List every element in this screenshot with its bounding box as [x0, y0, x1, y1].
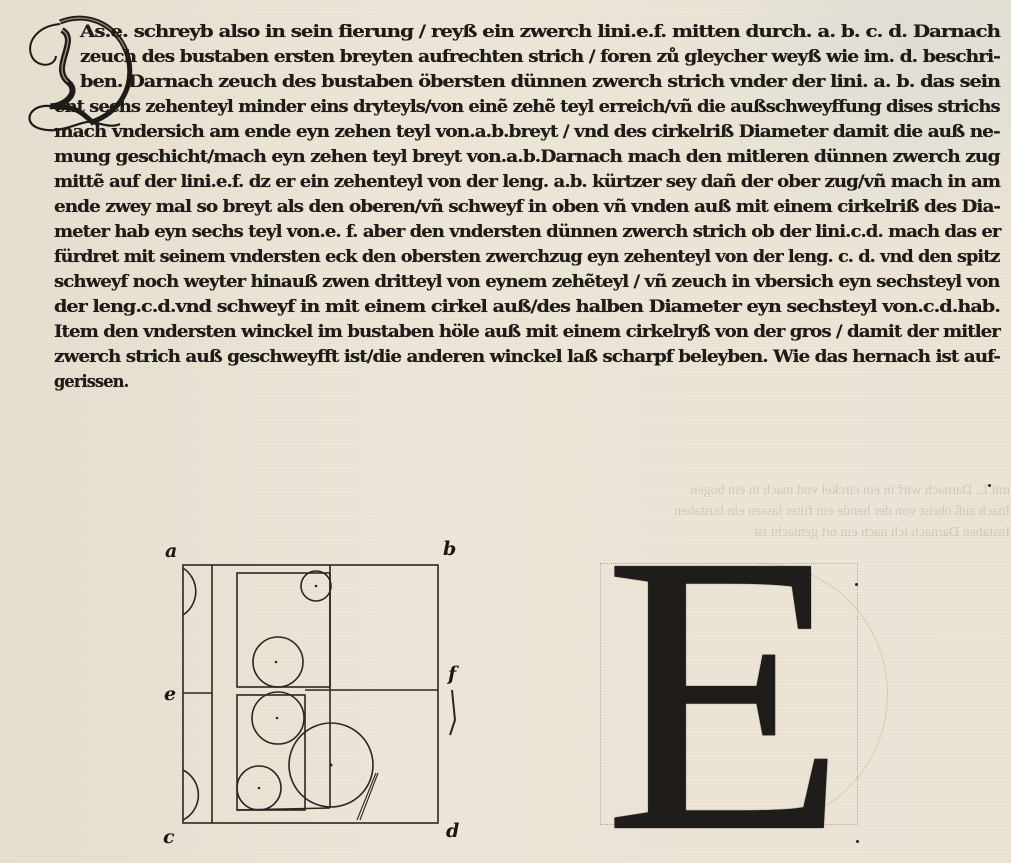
text-line-13: Item den vndersten winckel im bustaben h…	[54, 322, 1000, 348]
label-c: c	[163, 826, 175, 848]
ink-speck	[856, 840, 859, 843]
text-line-14: zwerch strich auß geschweyfft ist/die an…	[54, 347, 1000, 373]
text-line-12: der leng.c.d.vnd schweyf in mit einem ci…	[54, 297, 1000, 323]
text-line-15: gerissen.	[54, 372, 128, 398]
text-line-9: meter hab eyn sechs teyl von.e. f. aber …	[54, 222, 1000, 248]
text-line-3: ben. Darnach zeuch des bustaben öbersten…	[80, 72, 1000, 98]
text-line-2: zeuch des bustaben ersten breyten aufrec…	[80, 47, 1000, 73]
text-line-1: As.e. schreyb also in sein fierung / rey…	[80, 22, 1000, 48]
finished-letter-e: E	[603, 534, 847, 854]
label-f: f	[448, 663, 456, 685]
label-d: d	[446, 820, 459, 842]
label-b: b	[443, 538, 456, 560]
text-line-5: mach vndersich am ende eyn zehen teyl vo…	[54, 122, 1000, 148]
text-line-6: mung geschicht/mach eyn zehen teyl breyt…	[54, 147, 999, 173]
text-line-4: ent sechs zehenteyl minder eins dryteyls…	[54, 97, 1000, 123]
book-page: mit L. Darnach wirf in ein circkel vnd m…	[0, 0, 1011, 863]
text-line-11: schweyf noch weyter hinauß zwen dritteyl…	[54, 272, 1000, 298]
label-a: a	[165, 540, 177, 562]
ink-speck	[855, 583, 858, 586]
text-line-10: fürdret mit seinem vndersten eck den obe…	[54, 247, 1000, 273]
label-e: e	[164, 683, 176, 705]
ink-speck	[988, 484, 991, 487]
text-line-7: mittẽ auf der lini.e.f. dz er ein zehent…	[54, 172, 1000, 198]
text-line-8: ende zwey mal so breyt als den oberen/vñ…	[54, 197, 1000, 223]
